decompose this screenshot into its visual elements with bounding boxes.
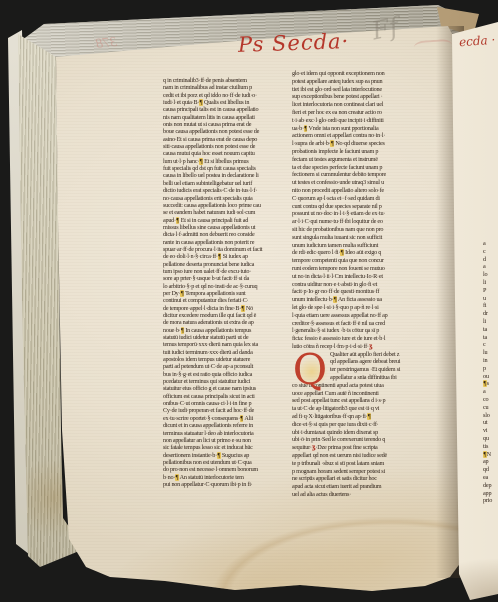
text-line: do pro·non est necesse·l·omnem bonorum xyxy=(163,466,292,473)
text-line-fragment: P xyxy=(483,287,498,295)
text-line-fragment: dr xyxy=(483,310,498,318)
text-line: unum iudicium tamen multa sufficiunt xyxy=(292,242,429,250)
text-line: dicunt et in causa appellationis referre… xyxy=(163,422,292,429)
pilcrow-mark: ¶ xyxy=(241,305,245,312)
pilcrow-mark: ¶ xyxy=(333,296,337,303)
text-line: sunt singula multa iuuant sic non suffic… xyxy=(292,234,429,242)
text-line: te p tribunali ·sbuz si stī post latam s… xyxy=(292,460,429,468)
text-line: statutū iudici uidetur statutū parti ut … xyxy=(163,334,292,341)
text-line-fragment: lo xyxy=(483,271,498,279)
text-line: parti ad petendum ut·C·de ap·a pconsult xyxy=(163,363,292,370)
text-line-fragment: fi xyxy=(483,302,498,310)
text-line: nis nam qualitatem litis in causa appell… xyxy=(163,114,292,121)
text-line-fragment: ¶s xyxy=(483,380,498,388)
text-line: non appellatur an lici ut primo e·su non xyxy=(163,437,292,444)
text-block-upper: glo·et idem qui opponit exceptionem nonp… xyxy=(292,70,429,351)
text-line-fragment: cu xyxy=(483,404,498,412)
text-line: dicitur excedere modum ille qui facit qd… xyxy=(163,312,292,319)
text-line-fragment: prio xyxy=(483,497,498,505)
section-with-initial: Q Qualiter aūt appllo fieri debet zqd ap… xyxy=(292,351,429,382)
text-line-fragment: li xyxy=(483,279,498,287)
text-line-fragment: p xyxy=(483,365,498,373)
text-line: bus in·§·g·et est ratio quia officio iud… xyxy=(163,371,292,378)
text-line-fragment: li xyxy=(483,318,498,326)
text-line: ar·l·i·C·qui nume·tu·ff·ibi loquitur de … xyxy=(292,218,429,226)
text-line: continui et computantur dies feriati·C· xyxy=(163,297,292,304)
text-line: sic fatale tempus lesso sic et inducat h… xyxy=(163,444,292,451)
pilcrow-mark: ¶ xyxy=(340,249,344,256)
text-line: de eo·doli·l·n·§·circa·ff·¶ Si iudex ap xyxy=(163,253,292,260)
text-line: onis non mutat ut si causa prima erat de xyxy=(163,121,292,128)
text-line-fragment: in xyxy=(483,357,498,365)
text-line: terminus statuatur l·deo ab interlocutor… xyxy=(163,430,292,437)
text-line: licet interlocutoria non contineat clari… xyxy=(292,101,429,109)
text-line-fragment: ou xyxy=(483,373,498,381)
text-line: l·quia etiam uere assessus appellat no·f… xyxy=(292,312,429,320)
pilcrow-mark: ¶ xyxy=(330,140,334,147)
text-line-fragment: qd xyxy=(483,466,498,474)
text-line: fieri et per hoc ex ea non creatur actio… xyxy=(292,109,429,117)
text-line: uel ad alia actus diuertens· xyxy=(292,491,429,499)
text-line: causa in libello uel postea in declarati… xyxy=(163,172,292,179)
text-line: succedit: causa appellationis loco prime… xyxy=(163,202,292,209)
text-line-fragment: ea xyxy=(483,474,498,482)
text-line-fragment: a xyxy=(483,240,498,248)
text-line-fragment: u xyxy=(483,295,498,303)
pilcrow-mark: ¶ xyxy=(218,253,222,260)
text-line: actionem omni et appellari contra no·in·… xyxy=(292,132,429,140)
pilcrow-mark: ¶ xyxy=(180,290,184,297)
text-line: dictio iudicis erat specialis·C·de in·iu… xyxy=(163,187,292,194)
text-line: desertionem instantie·b·¶ Sugucius ap xyxy=(163,452,292,459)
text-line-fragment: dep xyxy=(483,482,498,490)
text-line: causa mutui quia hoc esset nouum capitu xyxy=(163,150,292,157)
text-line: missus libellus sine causa appellationis… xyxy=(163,224,292,231)
text-line: sore ap prter·§·usque b·ut facit·ff·si d… xyxy=(163,275,292,282)
text-line: ne scriptis appellari et satis dicitur h… xyxy=(292,475,429,483)
pilcrow-mark: ¶ xyxy=(483,451,487,458)
text-line: Cy·de iudi·properan·et facit ad hoc·ff·d… xyxy=(163,407,292,414)
text-line: de rdi·edic·quero l·fi·¶ Ideo aūt exigo … xyxy=(292,249,429,257)
text-line-fragment: a xyxy=(483,388,498,396)
text-line: sit hic de probationibus nam que non pro xyxy=(292,226,429,234)
text-line: ut no·in dicta·l·ii·l·Cm intellectu·Io·R… xyxy=(292,273,429,281)
text-line: runt eodem tempore non fouent se mutuo xyxy=(292,265,429,273)
text-line: lum ut·l·p hanc·¶ Et si libellus primus xyxy=(163,158,292,165)
pilcrow-mark: ¶ xyxy=(304,125,308,132)
text-line: creditor·§·assessus et facit·ff·ē nil ua… xyxy=(292,320,429,328)
text-line: ua·b·¶ Vnde ista non sunt pportionalia xyxy=(292,125,429,133)
text-line-fragment: ta xyxy=(483,326,498,334)
text-line: ubi·i·dumtaxat quindo idem dixerat sp xyxy=(292,429,429,437)
text-line-fragment: a xyxy=(483,263,498,271)
pilcrow-mark: ¶ xyxy=(175,474,179,481)
text-line: appellari qd non est uerum nisi iudice s… xyxy=(292,452,429,460)
pilcrow-mark: ¶ xyxy=(217,452,221,459)
text-line: sequitur·ʒ·Dze prima post fine scripta xyxy=(292,444,429,452)
text-line: facit·p·Io·gr·no·ff·de questi·monitus·ff xyxy=(292,288,429,296)
next-leaf-rubric-title: ecda · xyxy=(459,33,496,49)
text-line-fragment: ¶N xyxy=(483,451,498,459)
text-line-fragment: d xyxy=(483,256,498,264)
text-line: de tempore·appel·l·dicta in fine·B·¶ Nō xyxy=(163,305,292,312)
book-photograph: 378 Ff Ps Secda· ecda · q in criminalib3… xyxy=(0,0,498,602)
text-line: sup exceptionibus bene potest appellari … xyxy=(292,93,429,101)
pilcrow-mark: ¶ xyxy=(199,99,203,106)
text-line: tempore competenti quia que non concur xyxy=(292,257,429,265)
pilcrow-mark: ¶ xyxy=(181,327,185,334)
text-line: apud acta sicut etiam iuerit ad prandium xyxy=(292,483,429,491)
text-line-fragment: c xyxy=(483,248,498,256)
pilcrow-mark: ¶ xyxy=(483,380,487,387)
pilcrow-mark: ¶ xyxy=(176,217,180,224)
text-line: temus temporū·xxx·dierū nam quia lex sta xyxy=(163,341,292,348)
text-line: siti·causa appellationis non potest esse… xyxy=(163,143,292,150)
text-line: asino·Et si causa prima erat de causa de… xyxy=(163,136,292,143)
text-line: p mognam horam sedent semper potest si xyxy=(292,468,429,476)
text-line: sed post appellat tunc est appellans d i… xyxy=(292,397,429,405)
text-line: fectam ut testes argumenta et instrumē xyxy=(292,156,429,164)
text-line: nito non procedit appellatio altero solo… xyxy=(292,187,429,195)
folio-number-showthrough: 378 xyxy=(95,35,118,53)
text-line-fragment: tis xyxy=(483,443,498,451)
text-line: per Dy·¶ Tempora appellationis sunt xyxy=(163,290,292,297)
text-block-lower: co siue incontinenti apud acta potest ui… xyxy=(292,382,429,499)
text-line: ta et due species perfecte faciunt unam … xyxy=(292,164,429,172)
text-line: statuitur eius officio g et cause nam ip… xyxy=(163,385,292,392)
text-line: ex·tu·scrire oportet·§·consequens·¶ Alii xyxy=(163,415,292,422)
text-line-fragment: ut xyxy=(483,419,498,427)
pilcrow-mark: ¶ xyxy=(199,158,203,165)
text-line-fragment: app xyxy=(483,490,498,498)
text-line: noue·b·¶ In causa appellationis tempus xyxy=(163,327,292,334)
drop-cap-initial-Q: Q xyxy=(292,351,328,391)
text-line: pellationibus non est utendum ut·C·qua xyxy=(163,459,292,466)
text-line: causa principali talis est in causa appe… xyxy=(163,106,292,113)
text-line: apostolos idem tempus uidetur statuere xyxy=(163,356,292,363)
text-line: tuit iudici terminum·xxx·dierū ad danda xyxy=(163,349,292,356)
text-line: tum ipso iure non ualet·ff·de excu·tuto· xyxy=(163,268,292,275)
text-column-right: glo·et idem qui opponit exceptionem nonp… xyxy=(292,70,429,506)
text-line: belli uel etiam subintelligebatur uel iu… xyxy=(163,180,292,187)
text-line: cunt contra qd due species separate nil … xyxy=(292,203,429,211)
text-line: nam in criminalibus ad instar ciuilium p xyxy=(163,84,292,91)
text-line: se et eandem habet naturam iudi·sol·cum xyxy=(163,209,292,216)
text-line-fragment: ap xyxy=(483,458,498,466)
text-line: spuar·ar·ff·de procura·l·ita dominum et … xyxy=(163,246,292,253)
pen-trial-mark: Ff xyxy=(369,12,401,46)
text-line: potest appellare anteq iudex sup ea pnun xyxy=(292,78,429,86)
text-line: l·supra de arbi·b·¶ No·qd diuerse specie… xyxy=(292,140,429,148)
text-line: lo arbitrio·§·p et qd no·insti·de ac·§·c… xyxy=(163,283,292,290)
text-line: fectionem si cummulentur debito tempore xyxy=(292,171,429,179)
text-line-fragment: vi xyxy=(483,427,498,435)
next-leaf-text-fragments: acdaloliPufidrlitatacluinpou¶sacocuslout… xyxy=(483,240,498,505)
text-line-fragment: c xyxy=(483,341,498,349)
text-line: ubi·ō·in prin·Sed le correxerunt terendo… xyxy=(292,436,429,444)
text-line: ta ut·C·de ap·litigatorib3 que est·ii·q … xyxy=(292,405,429,413)
text-line: fuit specialis qd dst qn fuit causa spec… xyxy=(163,165,292,172)
text-line: pcedatur et terminus qui statuitur iudic… xyxy=(163,378,292,385)
text-line: pellatione deserta pronunciat bene iudic… xyxy=(163,261,292,268)
rubricated-running-title: Ps Secda· xyxy=(238,29,350,57)
text-line: boue causa appellationis non potest esse… xyxy=(163,128,292,135)
text-line-fragment: qu xyxy=(483,435,498,443)
red-paragraph-mark: ʒ xyxy=(369,343,373,350)
text-line: ut testes et confessio·unde utraq3 simul… xyxy=(292,179,429,187)
text-line: officium est causa principalis sicut in … xyxy=(163,393,292,400)
text-line: rante in causa appellationis non poterit… xyxy=(163,239,292,246)
text-line: t·i·ab·exc·l·glo·ordi·que incipit·i·diff… xyxy=(292,117,429,125)
text-line-fragment: ta xyxy=(483,334,498,342)
text-column-left: q in criminalib3·ff·de penis absentemnam… xyxy=(163,77,292,493)
text-line: apud·¶ Et si in causa principali fuit ad xyxy=(163,217,292,224)
text-line: l·generalis·§·si iudex ·b·is cōtur qa sī… xyxy=(292,327,429,335)
text-line: C·quorum ap·l·scta et··f·sed quidam di xyxy=(292,195,429,203)
text-line: unum intellectu·b·¶ An ficta assessio ua xyxy=(292,296,429,304)
pilcrow-mark: ¶ xyxy=(240,415,244,422)
text-line: de mora natura aderationis ut extra de a… xyxy=(163,319,292,326)
text-line: glo·et idem qui opponit exceptionem non xyxy=(292,70,429,78)
red-paragraph-mark: ʒ xyxy=(312,444,316,451)
text-line: q in criminalib3·ff·de penis absentem xyxy=(163,77,292,84)
text-line: ficta: fessio ē assessio iure et de iure… xyxy=(292,335,429,343)
text-line: let glo·de spe·l·si·i·§·quo p ap·ñ re·l·… xyxy=(292,304,429,312)
text-line: ad fi·q·X·litigatoribus·ff·qn ap·fi·¶ xyxy=(292,413,429,421)
text-line: b·no·¶ An statutū interlocutorie tem xyxy=(163,474,292,481)
text-line: cedit et ibi porz et qd iddo no·ff·de iu… xyxy=(163,92,292,99)
text-line: possunt ut no·doc·in·l·i·§·etiam·de ex·t… xyxy=(292,210,429,218)
text-line-fragment: lu xyxy=(483,349,498,357)
text-line: probationis impfecte le faciunt unam p xyxy=(292,148,429,156)
text-line: dice·et·§·si quis per que iura dixit·c·f… xyxy=(292,421,429,429)
text-line-fragment: slo xyxy=(483,412,498,420)
text-line-fragment: co xyxy=(483,396,498,404)
pilcrow-mark: ¶ xyxy=(367,413,371,420)
text-line: tiet ibi est glo·ord·sed lata interlocut… xyxy=(292,86,429,94)
text-line: onibus·C·ut omnis causa·ci·l·i·in fine p xyxy=(163,400,292,407)
text-line: pui non appellatur·C·quorum ibi·p in fi· xyxy=(163,481,292,488)
text-line: no·causa appellationis erit specialis qu… xyxy=(163,195,292,202)
text-line: dicta·l·f·admitti non debuerit reo consi… xyxy=(163,231,292,238)
text-line: iudi·l·et quia·B·¶ Qualis est libellus i… xyxy=(163,99,292,106)
text-line: contra uiditur non·e·t·absti·in glo·fi·e… xyxy=(292,281,429,289)
